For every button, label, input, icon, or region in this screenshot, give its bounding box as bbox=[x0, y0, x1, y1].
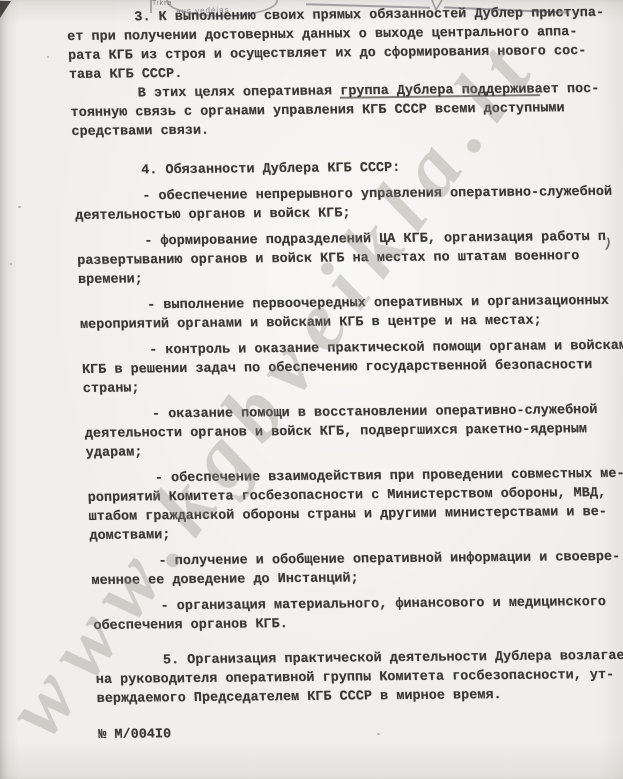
stamp-signature-line bbox=[444, 6, 568, 13]
stamp-text-top: Tikra bbox=[152, 0, 172, 7]
paper-speck bbox=[47, 56, 49, 58]
page-corner-mark bbox=[0, 1, 11, 18]
paper-speck bbox=[10, 263, 12, 265]
text-line: обеспечения органов КГБ. bbox=[93, 612, 623, 636]
text-block-paragraph: В этих целях оперативная группа Дублера … bbox=[69, 80, 616, 142]
text-block-closing: 5. Организация практической деятельности… bbox=[95, 647, 623, 709]
text-line: 4. Обязанности Дублера КГБ СССР: bbox=[73, 157, 619, 181]
text-line: деятельностью органов и войск КГБ; bbox=[75, 202, 621, 226]
text-block-bullet: - обеспечение взаимодействия при проведе… bbox=[87, 465, 623, 546]
text-block-bullet: - оказание помощи в восстановлении опера… bbox=[84, 401, 623, 463]
paper-speck bbox=[377, 733, 380, 735]
doc-text: 3. К выполнению своих прямых обязанносте… bbox=[66, 4, 623, 745]
text-block-heading: 4. Обязанности Дублера КГБ СССР: bbox=[73, 157, 619, 181]
text-line: средствами связи. bbox=[71, 118, 617, 142]
text-line: № М/004I0 bbox=[98, 721, 623, 745]
stamp-text-bottom: aus vedėjas bbox=[176, 5, 230, 15]
stamp-check-icon bbox=[431, 0, 443, 11]
text-block-bullet: - обеспечение непрерывного управления оп… bbox=[74, 183, 620, 226]
paper-speck bbox=[18, 206, 21, 208]
text-line: верждаемого Председателем КГБ СССР в мир… bbox=[96, 685, 623, 709]
stamp-signature-line bbox=[306, 3, 430, 8]
text-block-bullet: - организация материального, финансового… bbox=[92, 593, 623, 636]
text-block-bullet: - формирование подразделений ЦА КГБ, орг… bbox=[76, 228, 623, 290]
text-block-number: № М/004I0 bbox=[98, 721, 623, 745]
text-block-bullet: - выполнение первоочередных оперативных … bbox=[79, 292, 623, 335]
verification-stamp: Tikra aus vedėjas bbox=[0, 0, 623, 30]
text-line: менное ее доведение до Инстанций; bbox=[91, 567, 623, 591]
text-line: домствами; bbox=[89, 522, 623, 546]
text-block-bullet: - контроль и оказание практической помощ… bbox=[81, 337, 623, 399]
text-line: мероприятий органами и войсками КГБ в це… bbox=[80, 311, 623, 335]
document-page: 3. К выполнению своих прямых обязанносте… bbox=[0, 0, 623, 779]
text-block-bullet: - получение и обобщение оперативной инфо… bbox=[90, 548, 623, 591]
